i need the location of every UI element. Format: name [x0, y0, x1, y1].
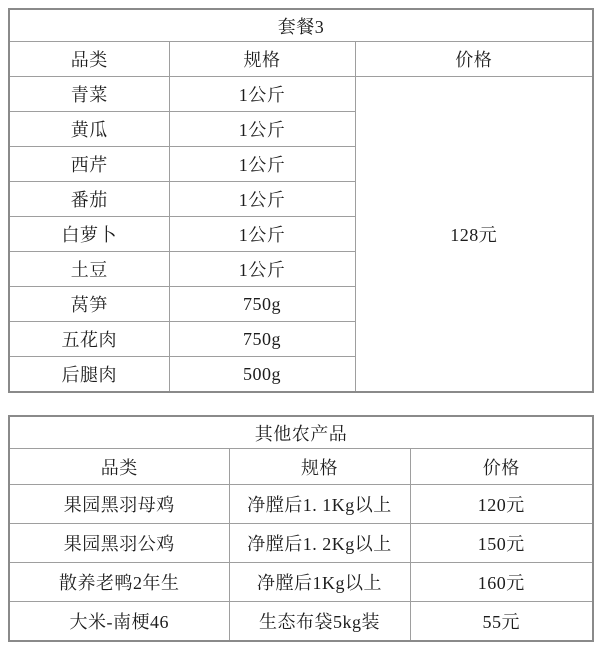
category-cell: 番茄: [9, 182, 169, 217]
table-title-row: 其他农产品: [9, 416, 593, 449]
category-cell: 后腿肉: [9, 357, 169, 393]
table-title: 其他农产品: [9, 416, 593, 449]
spec-cell: 500g: [169, 357, 355, 393]
table-title-row: 套餐3: [9, 9, 593, 42]
spec-cell: 1公斤: [169, 217, 355, 252]
spec-cell: 750g: [169, 322, 355, 357]
category-cell: 大米-南梗46: [9, 602, 229, 642]
price-cell: 150元: [410, 524, 593, 563]
table-header-row: 品类 规格 价格: [9, 42, 593, 77]
category-cell: 黄瓜: [9, 112, 169, 147]
table-row: 果园黑羽母鸡 净膛后1. 1Kg以上 120元: [9, 485, 593, 524]
set-meal-table: 套餐3 品类 规格 价格 青菜 1公斤 128元 黄瓜 1公斤 西芹 1公斤 番…: [8, 8, 594, 393]
spec-cell: 1公斤: [169, 112, 355, 147]
table-header-row: 品类 规格 价格: [9, 449, 593, 485]
spec-cell: 750g: [169, 287, 355, 322]
spec-cell: 净膛后1. 2Kg以上: [229, 524, 410, 563]
category-cell: 果园黑羽母鸡: [9, 485, 229, 524]
category-cell: 白萝卜: [9, 217, 169, 252]
category-cell: 西芹: [9, 147, 169, 182]
column-header-spec: 规格: [169, 42, 355, 77]
column-header-spec: 规格: [229, 449, 410, 485]
spec-cell: 1公斤: [169, 147, 355, 182]
spec-cell: 净膛后1. 1Kg以上: [229, 485, 410, 524]
price-cell: 55元: [410, 602, 593, 642]
spec-cell: 1公斤: [169, 182, 355, 217]
category-cell: 土豆: [9, 252, 169, 287]
merged-price-cell: 128元: [355, 77, 593, 393]
category-cell: 散养老鸭2年生: [9, 563, 229, 602]
column-header-category: 品类: [9, 42, 169, 77]
other-products-table: 其他农产品 品类 规格 价格 果园黑羽母鸡 净膛后1. 1Kg以上 120元 果…: [8, 415, 594, 642]
table-row: 散养老鸭2年生 净膛后1Kg以上 160元: [9, 563, 593, 602]
column-header-price: 价格: [410, 449, 593, 485]
category-cell: 莴笋: [9, 287, 169, 322]
table-row: 大米-南梗46 生态布袋5kg装 55元: [9, 602, 593, 642]
spec-cell: 净膛后1Kg以上: [229, 563, 410, 602]
category-cell: 果园黑羽公鸡: [9, 524, 229, 563]
column-header-price: 价格: [355, 42, 593, 77]
spec-cell: 1公斤: [169, 252, 355, 287]
spec-cell: 1公斤: [169, 77, 355, 112]
category-cell: 青菜: [9, 77, 169, 112]
table-row: 果园黑羽公鸡 净膛后1. 2Kg以上 150元: [9, 524, 593, 563]
table-row: 青菜 1公斤 128元: [9, 77, 593, 112]
spec-cell: 生态布袋5kg装: [229, 602, 410, 642]
category-cell: 五花肉: [9, 322, 169, 357]
column-header-category: 品类: [9, 449, 229, 485]
price-cell: 120元: [410, 485, 593, 524]
price-cell: 160元: [410, 563, 593, 602]
table-title: 套餐3: [9, 9, 593, 42]
